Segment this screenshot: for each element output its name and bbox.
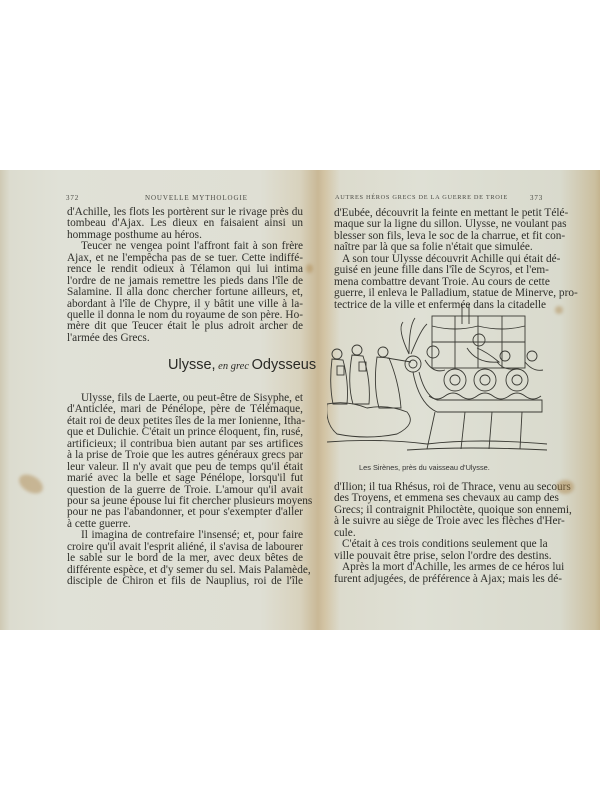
foxing-stain <box>556 480 574 494</box>
text-line: C'était à ces trois conditions seulement… <box>334 539 540 550</box>
foxing-stain <box>16 471 47 498</box>
text-line: guisé en jeune fille dans l'île de Scyro… <box>334 265 540 276</box>
foxing-stain <box>555 306 563 314</box>
left-page: 372 NOUVELLE MYTHOLOGIE d'Achille, les f… <box>0 170 322 630</box>
heading-greek-name: Odysseus <box>252 357 316 373</box>
heading-name: Ulysse, <box>168 357 216 373</box>
running-title: AUTRES HÉROS GRECS DE LA GUERRE DE TROIE <box>335 194 508 201</box>
page-number: 372 <box>66 194 79 202</box>
text-line: rence le rendit odieux à Télamon qui lui… <box>67 264 303 275</box>
text-line: le sable sur le bord de la mer, avec deu… <box>67 553 303 564</box>
text-line: guerre, il enleva le Palladium, statue d… <box>334 288 540 299</box>
text-line: Il imagina de contrefaire l'insensé; et,… <box>67 530 303 541</box>
text-line: disciple de Chiron et fils de Nauplius, … <box>67 576 303 587</box>
text-line: Salamine. Il alla donc chercher fortune … <box>67 287 303 298</box>
sirens-ship-illustration <box>327 304 547 454</box>
foxing-stain <box>306 264 313 273</box>
section-heading: Ulysse, en grec Odysseus <box>168 357 316 373</box>
text-line: marié avec la belle et sage Pénélope, lo… <box>67 473 303 484</box>
paragraph-block: Ulysse, fils de Laerte, ou peut-être de … <box>67 393 303 587</box>
text-line: l'armée des Grecs. <box>67 333 303 344</box>
text-line: Après la mort d'Achille, les armes de ce… <box>334 562 540 573</box>
illustration-caption: Les Sirènes, près du vaisseau d'Ulysse. <box>359 463 490 472</box>
paragraph-block: d'Eubée, découvrit la feinte en mettant … <box>334 208 540 311</box>
page-number: 373 <box>530 194 543 202</box>
open-book: 372 NOUVELLE MYTHOLOGIE d'Achille, les f… <box>0 170 600 630</box>
text-line: à le suivre au siège de Troie avec les f… <box>334 516 540 527</box>
paragraph-block: d'Achille, les flots les portèrent sur l… <box>67 207 303 344</box>
paragraph-block: d'Ilion; il tua Rhésus, roi de Thrace, v… <box>334 482 540 585</box>
right-page: AUTRES HÉROS GRECS DE LA GUERRE DE TROIE… <box>324 170 600 630</box>
text-line: furent adjugées, de préférence à Ajax; m… <box>334 574 540 585</box>
text-line: à la prise de Troie que les autres génér… <box>67 450 303 461</box>
running-title: NOUVELLE MYTHOLOGIE <box>145 194 248 202</box>
heading-italic: en grec <box>216 361 252 372</box>
